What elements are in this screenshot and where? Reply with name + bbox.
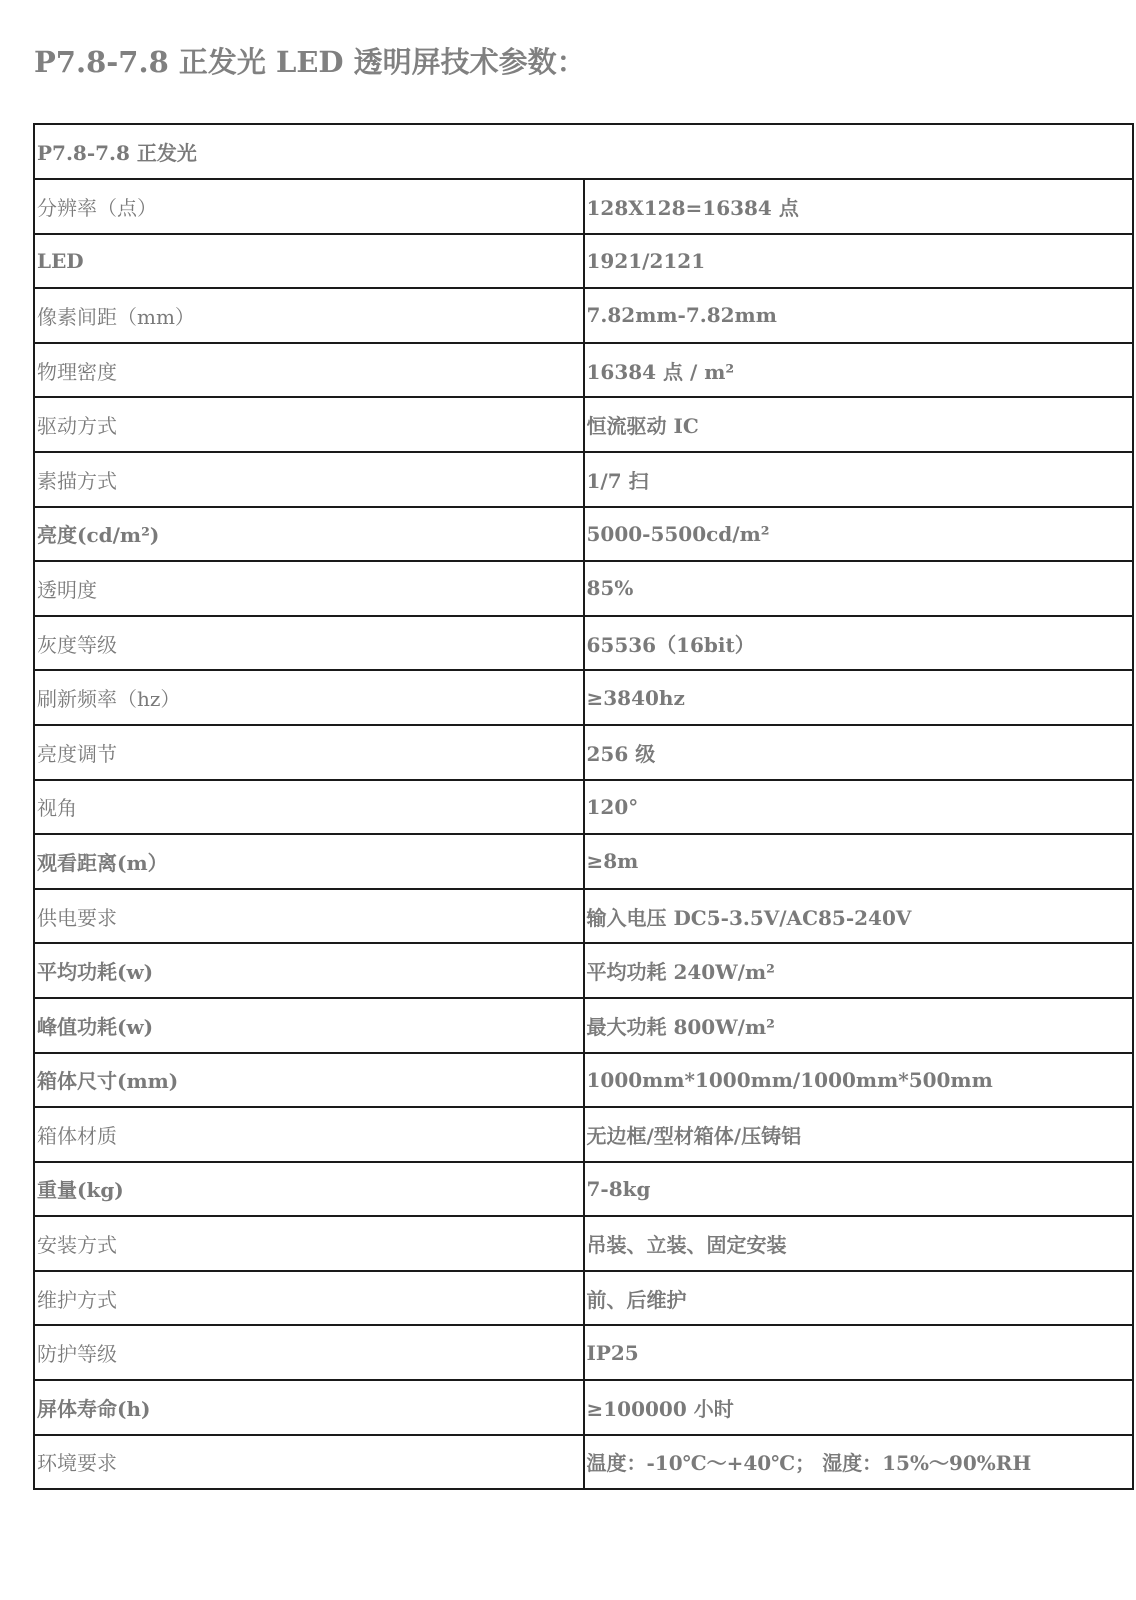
spec-value: 前、后维护 <box>584 1271 1134 1326</box>
spec-value: 1000mm*1000mm/1000mm*500mm <box>584 1053 1134 1108</box>
spec-label: 物理密度 <box>34 343 584 398</box>
spec-label: 观看距离(m） <box>34 834 584 889</box>
table-row: 物理密度16384 点 / m² <box>34 343 1133 398</box>
spec-label: 箱体材质 <box>34 1107 584 1162</box>
table-row: 驱动方式恒流驱动 IC <box>34 397 1133 452</box>
spec-label: 安装方式 <box>34 1216 584 1271</box>
spec-label: 峰值功耗(w) <box>34 998 584 1053</box>
table-row: 透明度85% <box>34 561 1133 616</box>
spec-label: 分辨率（点） <box>34 179 584 234</box>
table-row: 箱体材质无边框/型材箱体/压铸铝 <box>34 1107 1133 1162</box>
spec-value: 7-8kg <box>584 1162 1134 1217</box>
table-row: LED 1921/2121 <box>34 234 1133 289</box>
table-header-row: P7.8-7.8 正发光 <box>34 124 1133 179</box>
spec-label: 视角 <box>34 780 584 835</box>
table-row: 像素间距（mm）7.82mm-7.82mm <box>34 288 1133 343</box>
spec-value: 平均功耗 240W/m² <box>584 943 1134 998</box>
spec-value: 1/7 扫 <box>584 452 1134 507</box>
spec-label: 环境要求 <box>34 1435 584 1490</box>
table-row: 观看距离(m）≥8m <box>34 834 1133 889</box>
spec-label: 屏体寿命(h) <box>34 1380 584 1435</box>
spec-label: 亮度调节 <box>34 725 584 780</box>
spec-value: 最大功耗 800W/m² <box>584 998 1134 1053</box>
spec-label: 透明度 <box>34 561 584 616</box>
spec-label: 平均功耗(w) <box>34 943 584 998</box>
spec-label: 防护等级 <box>34 1325 584 1380</box>
spec-label: 维护方式 <box>34 1271 584 1326</box>
spec-value: 温度：-10℃～+40℃； 湿度：15%～90%RH <box>584 1435 1134 1490</box>
table-row: 灰度等级65536（16bit） <box>34 616 1133 671</box>
table-row: 安装方式吊装、立装、固定安装 <box>34 1216 1133 1271</box>
spec-label: 箱体尺寸(mm) <box>34 1053 584 1108</box>
spec-value: 256 级 <box>584 725 1134 780</box>
spec-value: 16384 点 / m² <box>584 343 1134 398</box>
spec-label: 供电要求 <box>34 889 584 944</box>
spec-value: IP25 <box>584 1325 1134 1380</box>
spec-value: 5000-5500cd/m² <box>584 507 1134 562</box>
spec-label: 重量(kg) <box>34 1162 584 1217</box>
spec-value: 恒流驱动 IC <box>584 397 1134 452</box>
table-row: 亮度调节256 级 <box>34 725 1133 780</box>
table-row: 分辨率（点）128X128=16384 点 <box>34 179 1133 234</box>
spec-label: 亮度(cd/m²) <box>34 507 584 562</box>
spec-value: 1921/2121 <box>584 234 1134 289</box>
spec-value: 吊装、立装、固定安装 <box>584 1216 1134 1271</box>
table-row: 供电要求输入电压 DC5-3.5V/AC85-240V <box>34 889 1133 944</box>
spec-table: P7.8-7.8 正发光 分辨率（点）128X128=16384 点LED 19… <box>33 123 1134 1490</box>
spec-value: ≥100000 小时 <box>584 1380 1134 1435</box>
spec-value: 无边框/型材箱体/压铸铝 <box>584 1107 1134 1162</box>
table-row: 亮度(cd/m²)5000-5500cd/m² <box>34 507 1133 562</box>
page-title: P7.8-7.8 正发光 LED 透明屏技术参数： <box>34 40 586 81</box>
table-header-cell: P7.8-7.8 正发光 <box>34 124 1133 179</box>
table-row: 素描方式1/7 扫 <box>34 452 1133 507</box>
table-row: 峰值功耗(w)最大功耗 800W/m² <box>34 998 1133 1053</box>
spec-value: 输入电压 DC5-3.5V/AC85-240V <box>584 889 1134 944</box>
spec-value: 65536（16bit） <box>584 616 1134 671</box>
table-row: 箱体尺寸(mm)1000mm*1000mm/1000mm*500mm <box>34 1053 1133 1108</box>
table-row: 防护等级IP25 <box>34 1325 1133 1380</box>
spec-value: 120° <box>584 780 1134 835</box>
table-row: 环境要求温度：-10℃～+40℃； 湿度：15%～90%RH <box>34 1435 1133 1490</box>
table-row: 平均功耗(w)平均功耗 240W/m² <box>34 943 1133 998</box>
spec-label: 像素间距（mm） <box>34 288 584 343</box>
spec-label: 驱动方式 <box>34 397 584 452</box>
spec-label: 素描方式 <box>34 452 584 507</box>
table-row: 刷新频率（hz）≥3840hz <box>34 670 1133 725</box>
spec-value: 128X128=16384 点 <box>584 179 1134 234</box>
spec-value: ≥8m <box>584 834 1134 889</box>
table-row: 视角120° <box>34 780 1133 835</box>
table-row: 维护方式前、后维护 <box>34 1271 1133 1326</box>
spec-value: 7.82mm-7.82mm <box>584 288 1134 343</box>
spec-value: ≥3840hz <box>584 670 1134 725</box>
table-row: 重量(kg)7-8kg <box>34 1162 1133 1217</box>
table-row: 屏体寿命(h)≥100000 小时 <box>34 1380 1133 1435</box>
spec-label: 刷新频率（hz） <box>34 670 584 725</box>
spec-label: 灰度等级 <box>34 616 584 671</box>
spec-label: LED <box>34 234 584 289</box>
spec-value: 85% <box>584 561 1134 616</box>
